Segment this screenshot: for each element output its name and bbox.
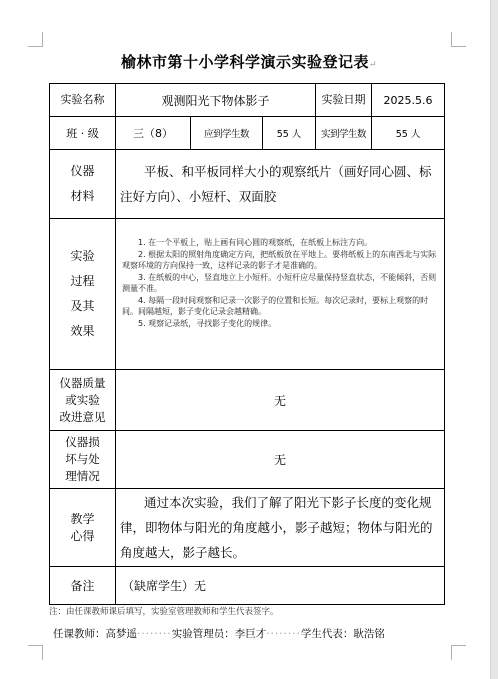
suggestions-value[interactable]: 无 (116, 370, 445, 431)
page-corner-mark-bottom-right (451, 645, 466, 660)
title-text: 榆林市第十小学科学演示实验登记表 (121, 53, 369, 71)
row-damage: 仪器损 坏与处 理情况 无 (50, 431, 445, 489)
remarks-label: 备注 (50, 567, 116, 605)
reflection-value[interactable]: 通过本次实验，我们了解了阳光下影子长度的变化规律，即物体与阳光的角度越小，影子越… (116, 489, 445, 567)
class-label: 班 · 级 (50, 117, 116, 150)
suggestions-label: 仪器质量 或实验 改进意见 (50, 370, 116, 431)
step-4: 4. 每隔一段时间观察和记录一次影子的位置和长短。每次记录时，要标上观察的时间。… (122, 295, 438, 318)
row-experiment-name: 实验名称 观测阳光下物体影子 实验日期 2025.5.6 (50, 84, 445, 117)
actual-students-label: 实到学生数 (316, 117, 372, 150)
paragraph-mark-icon: ↵ (369, 60, 377, 70)
document-title: 榆林市第十小学科学演示实验登记表↵ (0, 51, 498, 72)
footer-note: 注：由任课教师课后填写，实验室管理教师和学生代表签字。 (49, 605, 279, 617)
damage-value[interactable]: 无 (116, 431, 445, 489)
row-class-info: 班 · 级 三（8） 应到学生数 55 人 实到学生数 55 人 (50, 117, 445, 150)
row-materials: 仪器 材料 平板、和平板同样大小的观察纸片（画好同心圆、标注好方向）、小短杆、双… (50, 150, 445, 219)
experiment-date-label: 实验日期 (316, 84, 372, 117)
process-steps[interactable]: 1. 在一个平板上，贴上画有同心圆的观察纸，在纸板上标注方向。 2. 根据太阳的… (116, 219, 445, 370)
expected-students-value[interactable]: 55 人 (263, 117, 316, 150)
damage-label: 仪器损 坏与处 理情况 (50, 431, 116, 489)
page-corner-mark-top-left (28, 32, 43, 47)
page-corner-mark-bottom-left (28, 645, 43, 660)
reflection-label: 教学 心得 (50, 489, 116, 567)
row-reflection: 教学 心得 通过本次实验，我们了解了阳光下影子长度的变化规律，即物体与阳光的角度… (50, 489, 445, 567)
class-value[interactable]: 三（8） (116, 117, 191, 150)
page-corner-mark-top-right (451, 32, 466, 47)
step-2: 2. 根据太阳的照射角度确定方向，把纸板放在平地上。要将纸板上的东南西北与实际观… (122, 249, 438, 272)
student-rep-label: 学生代表： (301, 628, 354, 640)
teacher-label: 任课教师： (53, 628, 106, 640)
step-1: 1. 在一个平板上，贴上画有同心圆的观察纸，在纸板上标注方向。 (122, 237, 438, 249)
process-label: 实验 过程 及其 效果 (50, 219, 116, 370)
dot-leader: ········ (137, 628, 172, 640)
registration-table: 实验名称 观测阳光下物体影子 实验日期 2025.5.6 班 · 级 三（8） … (49, 83, 445, 605)
step-5: 5. 观察记录纸，寻找影子变化的规律。 (122, 318, 438, 330)
materials-label: 仪器 材料 (50, 150, 116, 219)
actual-students-value[interactable]: 55 人 (372, 117, 445, 150)
teacher-name[interactable]: 高梦遥 (106, 628, 138, 640)
materials-value[interactable]: 平板、和平板同样大小的观察纸片（画好同心圆、标注好方向）、小短杆、双面胶 (116, 150, 445, 219)
experiment-name-value[interactable]: 观测阳光下物体影子 (116, 84, 316, 117)
row-suggestions: 仪器质量 或实验 改进意见 无 (50, 370, 445, 431)
step-3: 3. 在纸板的中心，竖直地立上小短杆。小短杆应尽量保持竖直状态，不能倾斜，否则测… (122, 272, 438, 295)
vertical-scrollbar[interactable] (490, 0, 498, 679)
experiment-date-value[interactable]: 2025.5.6 (372, 84, 445, 117)
experiment-name-label: 实验名称 (50, 84, 116, 117)
expected-students-label: 应到学生数 (191, 117, 263, 150)
student-rep-name[interactable]: 耿浩铭 (353, 628, 385, 640)
row-process: 实验 过程 及其 效果 1. 在一个平板上，贴上画有同心圆的观察纸，在纸板上标注… (50, 219, 445, 370)
remarks-value[interactable]: （缺席学生）无 (116, 567, 445, 605)
dot-leader: ········ (266, 628, 301, 640)
row-remarks: 备注 （缺席学生）无 (50, 567, 445, 605)
admin-label: 实验管理员： (172, 628, 235, 640)
signature-line: 任课教师：高梦遥········实验管理员：李巨才········学生代表：耿浩… (53, 626, 385, 641)
admin-name[interactable]: 李巨才 (235, 628, 267, 640)
